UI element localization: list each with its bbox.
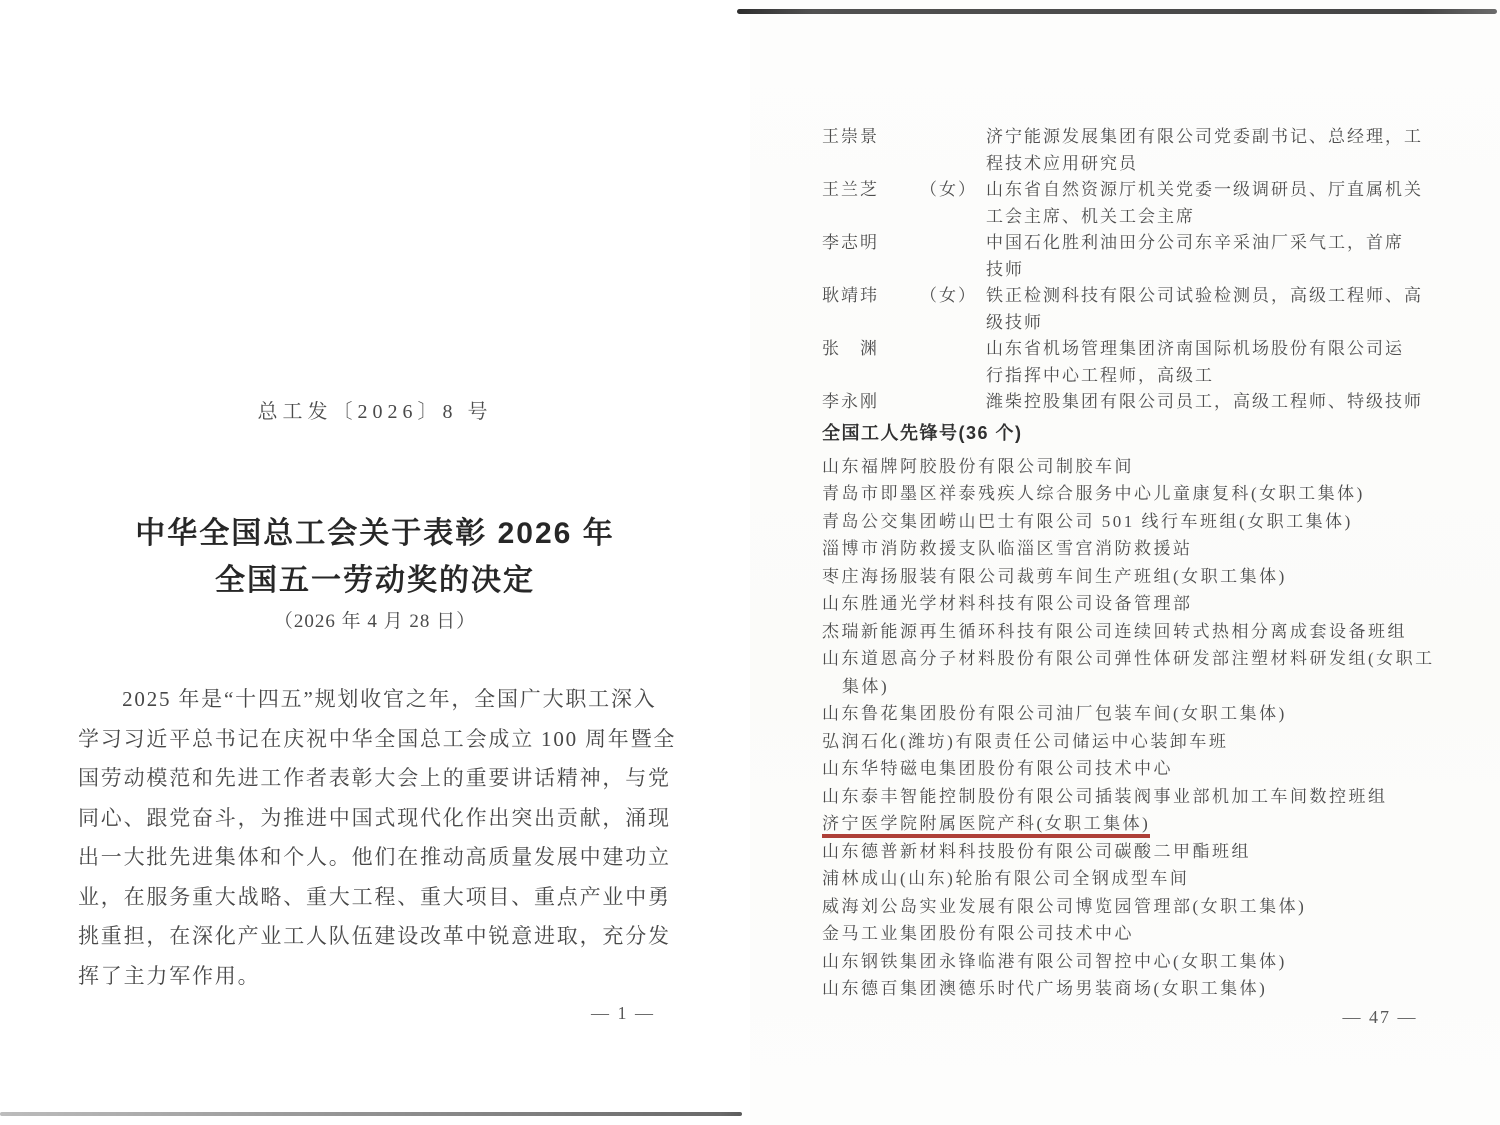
org-line: 青岛市即墨区祥泰残疾人综合服务中心儿童康复科(女职工集体) [822, 480, 1438, 508]
org-text: 枣庄海扬服装有限公司裁剪车间生产班组(女职工集体) [822, 567, 1287, 586]
awardee-gender [920, 230, 986, 283]
awardee-name: 张 渊 [822, 336, 920, 389]
awardee-name: 王崇景 [822, 124, 920, 177]
org-text: 山东鲁花集团股份有限公司油厂包装车间(女职工集体) [822, 704, 1287, 723]
body-line: 出一大批先进集体和个人。他们在推动高质量发展中建功立 [78, 838, 690, 878]
right-page-content: 王崇景 济宁能源发展集团有限公司党委副书记、总经理，工 程技术应用研究员 王兰芝… [822, 124, 1438, 1003]
org-line: 威海刘公岛实业发展有限公司博览园管理部(女职工集体) [822, 893, 1438, 921]
org-line: 山东道恩高分子材料股份有限公司弹性体研发部注塑材料研发组(女职工 [822, 645, 1438, 673]
desc-line: 山东省自然资源厅机关党委一级调研员、厅直属机关 [986, 177, 1438, 204]
org-text: 浦林成山(山东)轮胎有限公司全钢成型车间 [822, 869, 1189, 888]
org-text: 弘润石化(潍坊)有限责任公司储运中心装卸车班 [822, 732, 1228, 751]
left-page: 总工发〔2026〕8 号 中华全国总工会关于表彰 2026 年 全国五一劳动奖的… [0, 0, 750, 1125]
awardee-row: 王兰芝 （女） 山东省自然资源厅机关党委一级调研员、厅直属机关 工会主席、机关工… [822, 177, 1438, 230]
org-line: 山东胜通光学材料科技有限公司设备管理部 [822, 590, 1438, 618]
body-line: 2025 年是“十四五”规划收官之年，全国广大职工深入 [78, 680, 690, 720]
doc-number: 总工发〔2026〕8 号 [0, 398, 750, 426]
org-line: 青岛公交集团崂山巴士有限公司 501 线行车班组(女职工集体) [822, 508, 1438, 536]
org-line: 山东福牌阿胶股份有限公司制胶车间 [822, 453, 1438, 481]
org-text: 威海刘公岛实业发展有限公司博览园管理部(女职工集体) [822, 897, 1306, 916]
org-text: 金马工业集团股份有限公司技术中心 [822, 924, 1134, 943]
desc-line: 铁正检测科技有限公司试验检测员，高级工程师、高 [986, 283, 1438, 310]
org-text: 集体) [842, 677, 889, 696]
right-page: 王崇景 济宁能源发展集团有限公司党委副书记、总经理，工 程技术应用研究员 王兰芝… [750, 0, 1500, 1125]
org-line: 枣庄海扬服装有限公司裁剪车间生产班组(女职工集体) [822, 563, 1438, 591]
body-line: 同心、跟党奋斗，为推进中国式现代化作出突出贡献，涌现 [78, 799, 690, 839]
awardee-gender: （女） [920, 283, 986, 336]
org-line: 山东钢铁集团永锋临港有限公司智控中心(女职工集体) [822, 948, 1438, 976]
awardee-desc: 铁正检测科技有限公司试验检测员，高级工程师、高 级技师 [986, 283, 1438, 336]
awardee-desc: 山东省自然资源厅机关党委一级调研员、厅直属机关 工会主席、机关工会主席 [986, 177, 1438, 230]
desc-line: 级技师 [986, 310, 1438, 337]
awardee-name: 王兰芝 [822, 177, 920, 230]
awardee-name: 李志明 [822, 230, 920, 283]
body-paragraph: 2025 年是“十四五”规划收官之年，全国广大职工深入 学习习近平总书记在庆祝中… [78, 680, 690, 996]
desc-line: 中国石化胜利油田分公司东辛采油厂采气工，首席 [986, 230, 1438, 257]
org-text: 山东德普新材料科技股份有限公司碳酸二甲酯班组 [822, 842, 1251, 861]
page-number-right: — 47 — [1310, 1006, 1450, 1028]
org-text-red-underlined: 济宁医学院附属医院产科(女职工集体) [822, 814, 1150, 838]
awardee-desc: 中国石化胜利油田分公司东辛采油厂采气工，首席 技师 [986, 230, 1438, 283]
title-line-1: 中华全国总工会关于表彰 2026 年 [0, 510, 750, 557]
org-text: 山东道恩高分子材料股份有限公司弹性体研发部注塑材料研发组(女职工 [822, 649, 1435, 668]
org-list: 山东福牌阿胶股份有限公司制胶车间 青岛市即墨区祥泰残疾人综合服务中心儿童康复科(… [822, 453, 1438, 1003]
desc-line: 技师 [986, 257, 1438, 284]
section-header: 全国工人先锋号(36 个) [822, 420, 1438, 447]
org-text: 山东泰丰智能控制股份有限公司插装阀事业部机加工车间数控班组 [822, 787, 1388, 806]
org-text: 山东钢铁集团永锋临港有限公司智控中心(女职工集体) [822, 952, 1287, 971]
org-line: 浦林成山(山东)轮胎有限公司全钢成型车间 [822, 865, 1438, 893]
body-line: 业，在服务重大战略、重大工程、重大项目、重点产业中勇 [78, 878, 690, 918]
desc-line: 行指挥中心工程师，高级工 [986, 363, 1438, 390]
org-text: 山东福牌阿胶股份有限公司制胶车间 [822, 457, 1134, 476]
desc-line: 程技术应用研究员 [986, 151, 1438, 178]
org-line: 金马工业集团股份有限公司技术中心 [822, 920, 1438, 948]
awardee-row: 李志明 中国石化胜利油田分公司东辛采油厂采气工，首席 技师 [822, 230, 1438, 283]
body-line: 学习习近平总书记在庆祝中华全国总工会成立 100 周年暨全 [78, 720, 690, 760]
body-line: 国劳动模范和先进工作者表彰大会上的重要讲话精神，与党 [78, 759, 690, 799]
org-text: 山东胜通光学材料科技有限公司设备管理部 [822, 594, 1193, 613]
org-text: 淄博市消防救援支队临淄区雪宫消防救援站 [822, 539, 1193, 558]
org-line: 山东德百集团澳德乐时代广场男装商场(女职工集体) [822, 975, 1438, 1003]
org-line: 山东华特磁电集团股份有限公司技术中心 [822, 755, 1438, 783]
org-text: 杰瑞新能源再生循环科技有限公司连续回转式热相分离成套设备班组 [822, 622, 1407, 641]
org-line: 山东泰丰智能控制股份有限公司插装阀事业部机加工车间数控班组 [822, 783, 1438, 811]
awardee-name: 李永刚 [822, 389, 920, 416]
body-line: 挥了主力军作用。 [78, 957, 690, 997]
org-text: 山东华特磁电集团股份有限公司技术中心 [822, 759, 1173, 778]
org-line: 山东德普新材料科技股份有限公司碳酸二甲酯班组 [822, 838, 1438, 866]
org-text: 青岛公交集团崂山巴士有限公司 501 线行车班组(女职工集体) [822, 512, 1353, 531]
awardee-desc: 潍柴控股集团有限公司员工，高级工程师、特级技师 [986, 389, 1438, 416]
awardee-gender: （女） [920, 177, 986, 230]
org-line-highlighted: 济宁医学院附属医院产科(女职工集体) [822, 810, 1438, 838]
document-title: 中华全国总工会关于表彰 2026 年 全国五一劳动奖的决定 [0, 510, 750, 604]
awardee-desc: 济宁能源发展集团有限公司党委副书记、总经理，工 程技术应用研究员 [986, 124, 1438, 177]
desc-line: 工会主席、机关工会主席 [986, 204, 1438, 231]
org-line-wrap: 集体) [822, 673, 1438, 701]
awardee-row: 王崇景 济宁能源发展集团有限公司党委副书记、总经理，工 程技术应用研究员 [822, 124, 1438, 177]
page-bottom-edge [0, 1112, 742, 1116]
org-line: 杰瑞新能源再生循环科技有限公司连续回转式热相分离成套设备班组 [822, 618, 1438, 646]
body-line: 挑重担，在深化产业工人队伍建设改革中锐意进取，充分发 [78, 917, 690, 957]
date-line: （2026 年 4 月 28 日） [0, 608, 750, 636]
org-line: 山东鲁花集团股份有限公司油厂包装车间(女职工集体) [822, 700, 1438, 728]
org-text: 青岛市即墨区祥泰残疾人综合服务中心儿童康复科(女职工集体) [822, 484, 1365, 503]
awardee-desc: 山东省机场管理集团济南国际机场股份有限公司运 行指挥中心工程师，高级工 [986, 336, 1438, 389]
page-number-left: — 1 — [558, 1002, 688, 1024]
awardee-gender [920, 389, 986, 416]
desc-line: 济宁能源发展集团有限公司党委副书记、总经理，工 [986, 124, 1438, 151]
page-top-edge [737, 9, 1497, 14]
awardee-gender [920, 336, 986, 389]
org-line: 弘润石化(潍坊)有限责任公司储运中心装卸车班 [822, 728, 1438, 756]
document-scan: 总工发〔2026〕8 号 中华全国总工会关于表彰 2026 年 全国五一劳动奖的… [0, 0, 1500, 1125]
org-line: 淄博市消防救援支队临淄区雪宫消防救援站 [822, 535, 1438, 563]
desc-line: 山东省机场管理集团济南国际机场股份有限公司运 [986, 336, 1438, 363]
awardee-name: 耿靖玮 [822, 283, 920, 336]
org-text: 山东德百集团澳德乐时代广场男装商场(女职工集体) [822, 979, 1267, 998]
title-line-2: 全国五一劳动奖的决定 [0, 557, 750, 604]
awardee-gender [920, 124, 986, 177]
awardee-row: 耿靖玮 （女） 铁正检测科技有限公司试验检测员，高级工程师、高 级技师 [822, 283, 1438, 336]
awardee-row: 张 渊 山东省机场管理集团济南国际机场股份有限公司运 行指挥中心工程师，高级工 [822, 336, 1438, 389]
desc-line: 潍柴控股集团有限公司员工，高级工程师、特级技师 [986, 389, 1438, 416]
awardee-row: 李永刚 潍柴控股集团有限公司员工，高级工程师、特级技师 [822, 389, 1438, 416]
